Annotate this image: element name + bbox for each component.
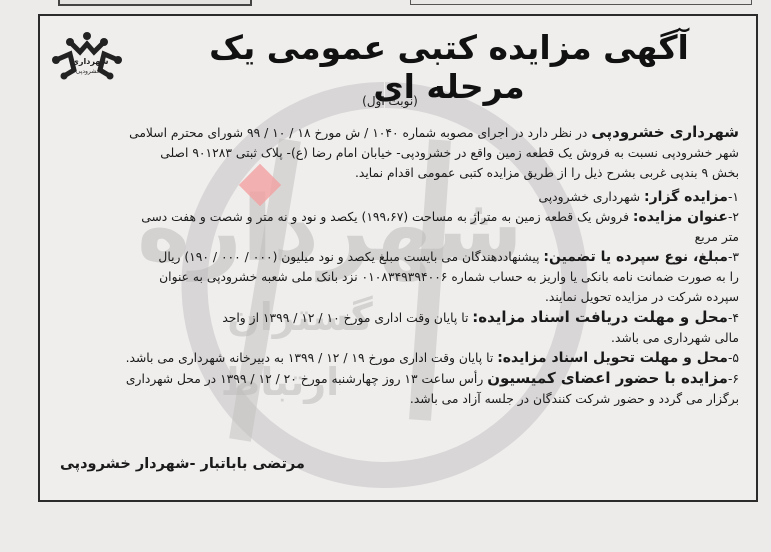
adjacent-ad-box-left [58,0,252,6]
municipality-logo-icon: شهرداری خشرودپی [50,30,124,86]
svg-text:خشرودپی: خشرودپی [76,68,101,75]
svg-text:شهرداری: شهرداری [72,57,109,66]
item-6: ۶-مزایده با حضور اعضای کمیسیون رأس ساعت … [49,368,739,389]
notice-title: آگهی مزایده کتبی عمومی یک مرحله ای [179,28,719,106]
adjacent-ad-box-right [410,0,752,5]
item-5: ۵-محل و مهلت تحویل اسناد مزایده: تا پایا… [49,348,739,368]
item-4: ۴-محل و مهلت دریافت اسناد مزایده: تا پای… [49,307,739,328]
item-1: ۱-مزایده گزار: شهرداری خشرودپی [49,187,739,207]
intro-lead: شهرداری خشرودپی [591,123,739,141]
item-3: ۳-مبلغ، نوع سپرده یا تضمین: پیشنهاددهندگ… [49,247,739,267]
item-2: ۲-عنوان مزایده: فروش یک قطعه زمین به متر… [49,207,739,227]
notice-round: (نوبت اول) [340,94,440,108]
signature: مرتضی باباتبار -شهردار خشرودپی [60,456,305,472]
intro-paragraph: شهرداری خشرودپی در نظر دارد در اجرای مصو… [49,122,739,143]
notice-body: شهرداری خشرودپی در نظر دارد در اجرای مصو… [49,122,739,409]
